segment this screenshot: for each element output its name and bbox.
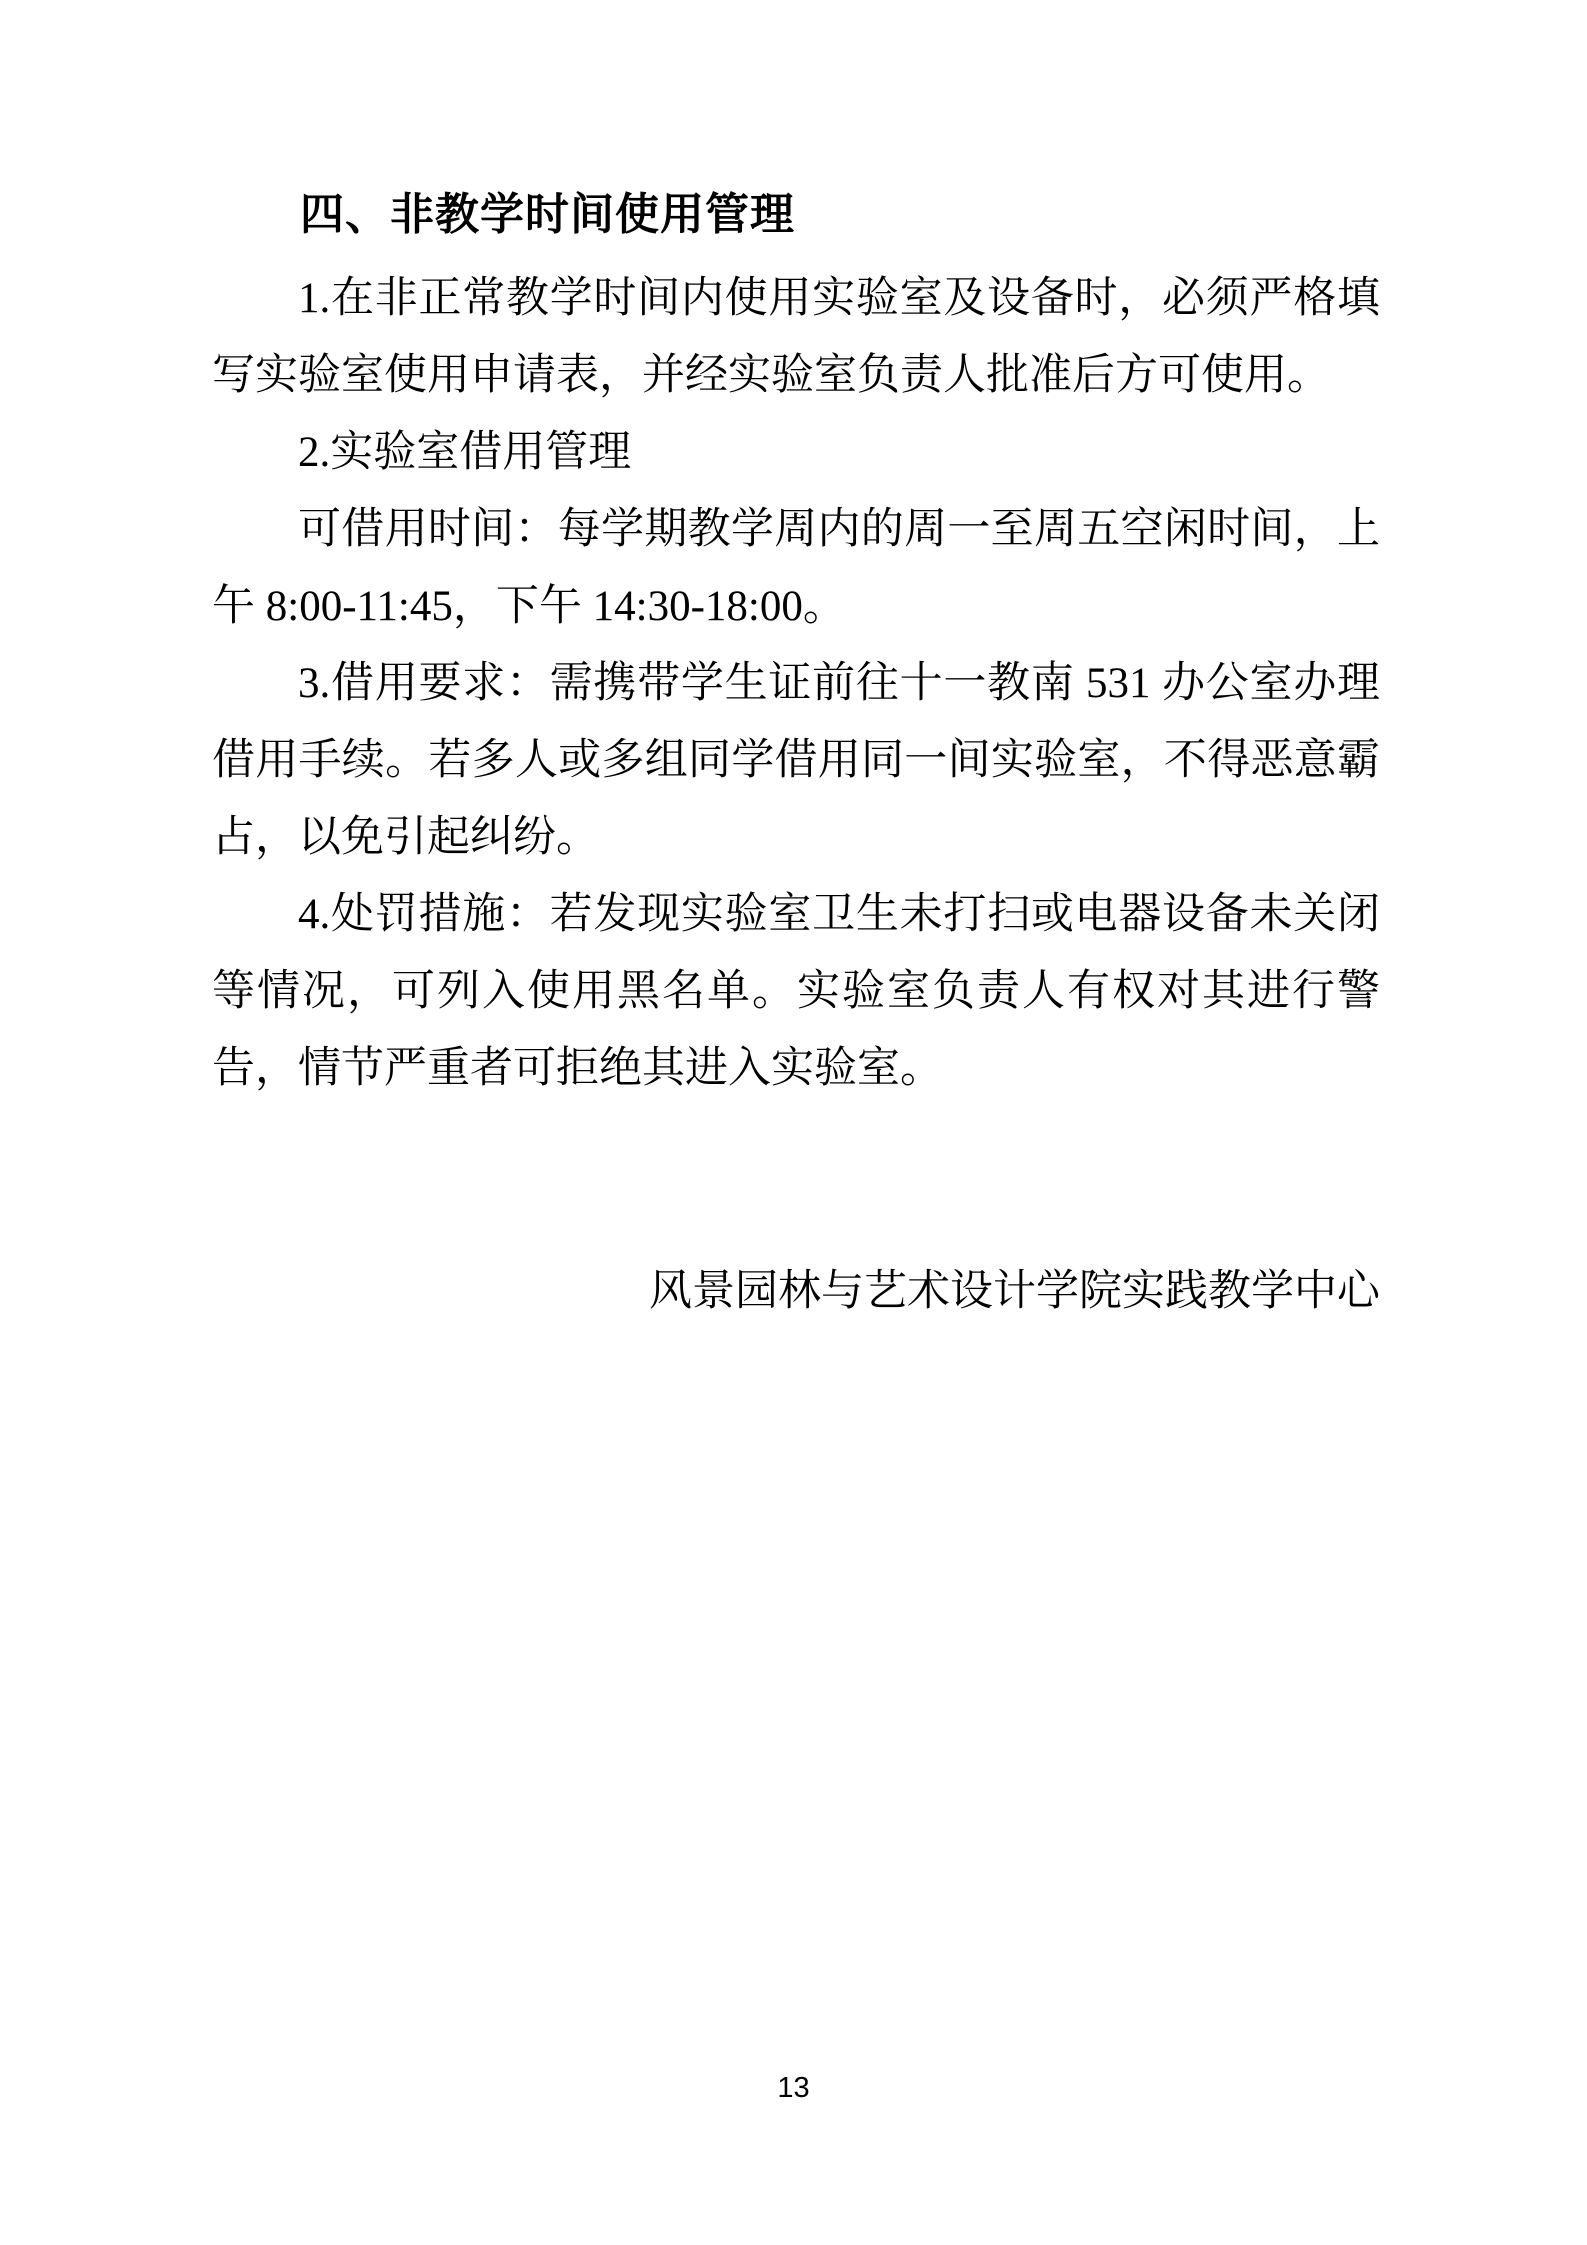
paragraph-rule-1: 1.在非正常教学时间内使用实验室及设备时，必须严格填写实验室使用申请表，并经实验… xyxy=(212,260,1380,414)
signature-line: 风景园林与艺术设计学院实践教学中心 xyxy=(212,1253,1380,1330)
document-body: 四、非教学时间使用管理 1.在非正常教学时间内使用实验室及设备时，必须严格填写实… xyxy=(212,176,1380,1330)
paragraph-penalties: 4.处罚措施：若发现实验室卫生未打扫或电器设备未关闭等情况，可列入使用黑名单。实… xyxy=(212,876,1380,1107)
paragraph-borrow-time: 可借用时间：每学期教学周内的周一至周五空闲时间，上午 8:00-11:45，下午… xyxy=(212,491,1380,645)
paragraph-borrow-requirements: 3.借用要求：需携带学生证前往十一教南 531 办公室办理借用手续。若多人或多组… xyxy=(212,645,1380,876)
document-page: 四、非教学时间使用管理 1.在非正常教学时间内使用实验室及设备时，必须严格填写实… xyxy=(0,0,1587,2245)
paragraph-rule-2: 2.实验室借用管理 xyxy=(212,414,1380,491)
section-heading: 四、非教学时间使用管理 xyxy=(212,176,1380,253)
page-number: 13 xyxy=(0,2072,1587,2104)
